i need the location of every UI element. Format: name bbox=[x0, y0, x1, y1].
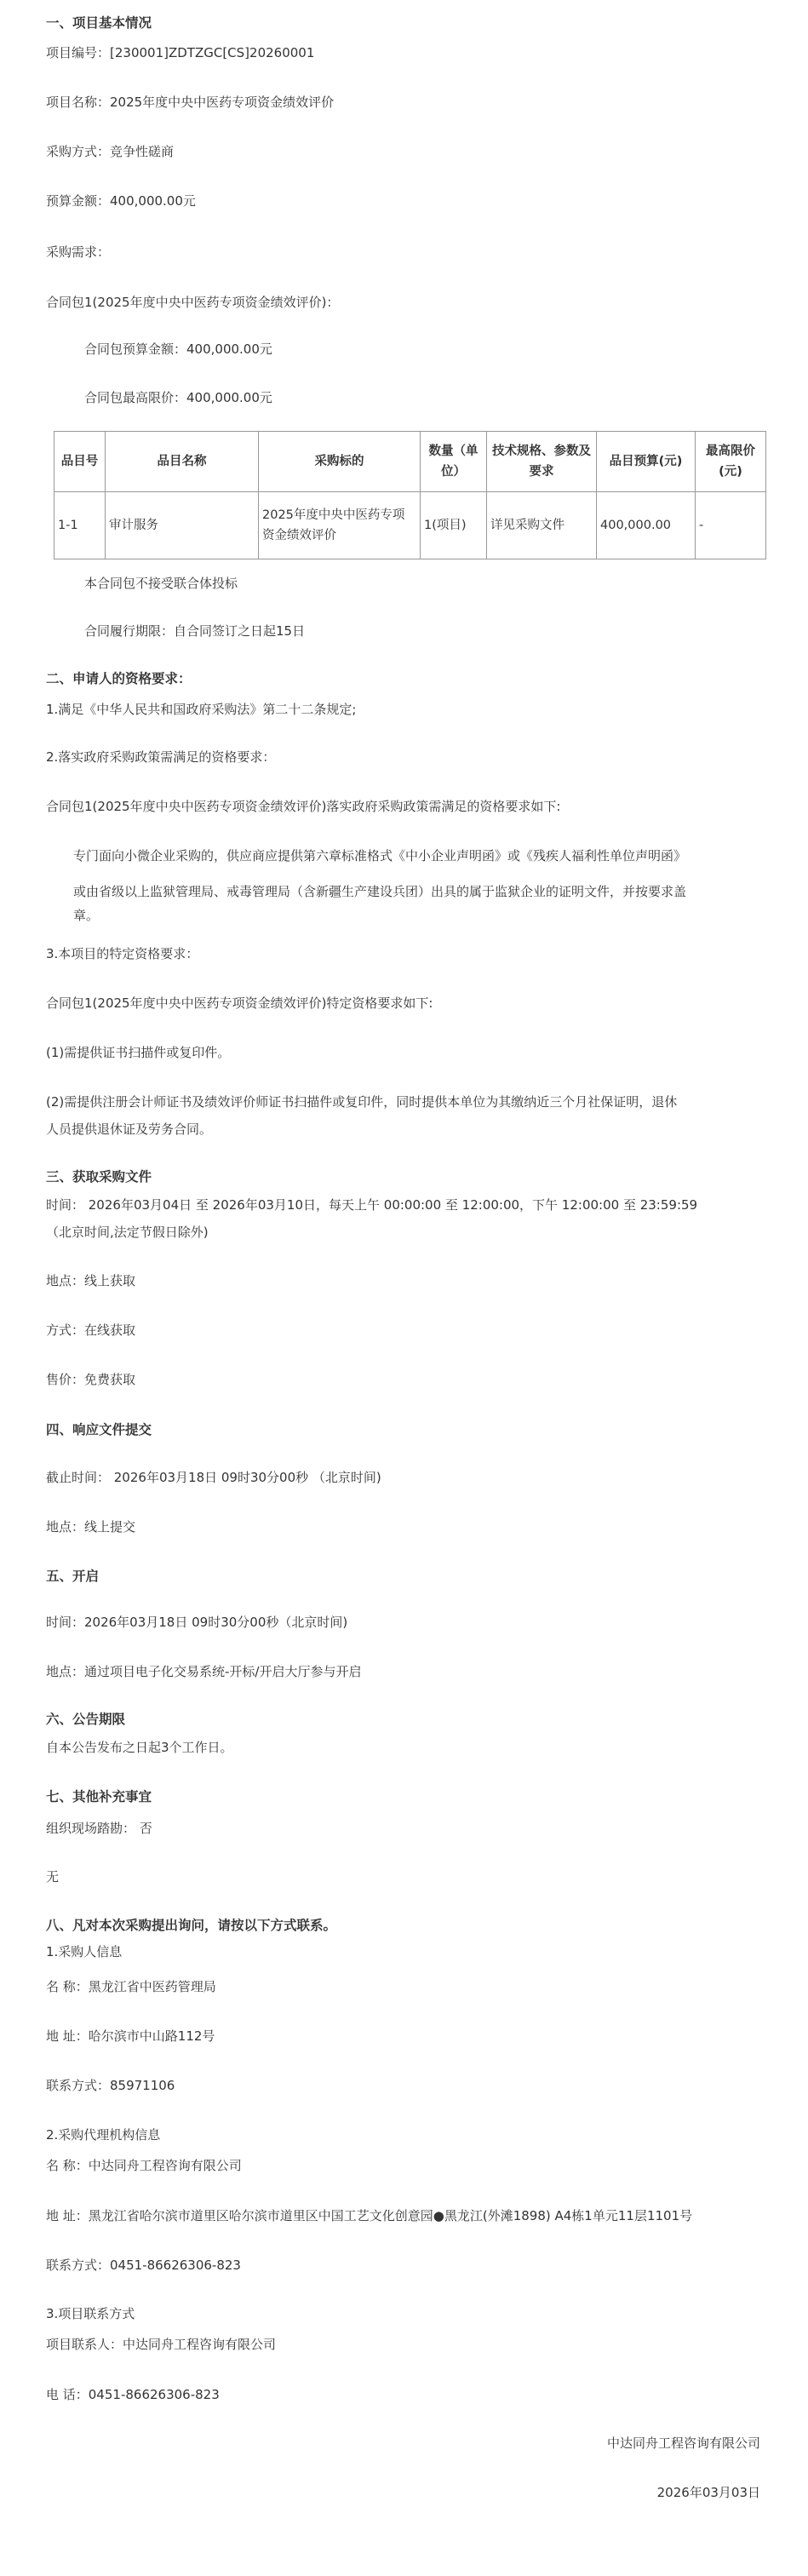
site-visit: 组织现场踏勘： 否 bbox=[46, 1819, 152, 1838]
section-heading: 六、公告期限 bbox=[46, 1710, 125, 1729]
obtain-time-line-1: 时间： 2026年03月04日 至 2026年03月10日，每天上午 00:00… bbox=[46, 1196, 697, 1214]
qualification-item-2-package: 合同包1(2025年度中央中医药专项资金绩效评价)落实政府采购政策需满足的资格要… bbox=[46, 797, 560, 816]
notice-period-text: 自本公告发布之日起3个工作日。 bbox=[46, 1738, 233, 1757]
submission-place: 地点：线上提交 bbox=[46, 1517, 135, 1536]
procurement-demand: 采购需求： bbox=[46, 243, 110, 261]
obtain-time-line-2: （北京时间,法定节假日除外) bbox=[46, 1223, 209, 1242]
signature-date: 2026年03月03日 bbox=[657, 2483, 760, 2502]
section-heading: 二、申请人的资格要求： bbox=[46, 669, 192, 688]
agent-name: 名 称：中达同舟工程咨询有限公司 bbox=[46, 2156, 242, 2175]
col-header: 技术规格、参数及要求 bbox=[487, 432, 597, 492]
project-contact-person: 项目联系人：中达同舟工程咨询有限公司 bbox=[46, 2335, 276, 2354]
col-header: 数量（单位） bbox=[421, 432, 487, 492]
contract-term: 合同履行期限：自合同签订之日起15日 bbox=[84, 622, 305, 640]
agent-contact: 联系方式：0451-86626306-823 bbox=[46, 2256, 241, 2275]
contract-package: 合同包1(2025年度中央中医药专项资金绩效评价)： bbox=[46, 293, 339, 312]
qualification-item-1: 1.满足《中华人民共和国政府采购法》第二十二条规定; bbox=[46, 700, 356, 719]
col-header: 品目号 bbox=[54, 432, 106, 492]
specific-requirement-1: (1)需提供证书扫描件或复印件。 bbox=[46, 1043, 230, 1062]
section-heading: 五、开启 bbox=[46, 1567, 99, 1586]
buyer-contact: 联系方式：85971106 bbox=[46, 2076, 175, 2095]
policy-text-line-1: 专门面向小微企业采购的，供应商应提供第六章标准格式《中小企业声明函》或《残疾人福… bbox=[73, 846, 686, 865]
project-name: 项目名称：2025年度中央中医药专项资金绩效评价 bbox=[46, 93, 334, 112]
procurement-method: 采购方式：竞争性磋商 bbox=[46, 142, 174, 161]
policy-text-line-3: 章。 bbox=[73, 906, 99, 925]
table-cell: 400,000.00 bbox=[597, 492, 696, 559]
project-contact-phone: 电 话：0451-86626306-823 bbox=[46, 2385, 220, 2404]
specific-requirement-2-line-2: 人员提供退休证及劳务合同。 bbox=[46, 1120, 212, 1139]
opening-place: 地点：通过项目电子化交易系统-开标/开启大厅参与开启 bbox=[46, 1662, 361, 1681]
section-heading: 三、获取采购文件 bbox=[46, 1168, 152, 1186]
obtain-place: 地点：线上获取 bbox=[46, 1271, 135, 1290]
table-cell: 1(项目) bbox=[421, 492, 487, 559]
table-cell: 审计服务 bbox=[106, 492, 259, 559]
agent-info-title: 2.采购代理机构信息 bbox=[46, 2126, 160, 2144]
section-heading: 七、其他补充事宜 bbox=[46, 1787, 152, 1806]
qualification-item-3: 3.本项目的特定资格要求： bbox=[46, 944, 198, 963]
obtain-price: 售价：免费获取 bbox=[46, 1370, 135, 1389]
buyer-address: 地 址：哈尔滨市中山路112号 bbox=[46, 2027, 215, 2045]
section-heading: 八、凡对本次采购提出询问，请按以下方式联系。 bbox=[46, 1916, 336, 1935]
qualification-item-2: 2.落实政府采购政策需满足的资格要求： bbox=[46, 748, 275, 766]
col-header: 最高限价(元) bbox=[696, 432, 766, 492]
table-cell: - bbox=[696, 492, 766, 559]
qualification-item-3-package: 合同包1(2025年度中央中医药专项资金绩效评价)特定资格要求如下: bbox=[46, 994, 433, 1013]
package-max-price: 合同包最高限价：400,000.00元 bbox=[84, 388, 272, 407]
table-cell: 2025年度中央中医药专项资金绩效评价 bbox=[259, 492, 421, 559]
table-row: 1-1 审计服务 2025年度中央中医药专项资金绩效评价 1(项目) 详见采购文… bbox=[54, 492, 766, 559]
signature-company: 中达同舟工程咨询有限公司 bbox=[607, 2434, 760, 2453]
table-cell: 详见采购文件 bbox=[487, 492, 597, 559]
col-header: 品目预算(元) bbox=[597, 432, 696, 492]
no-consortium-note: 本合同包不接受联合体投标 bbox=[84, 574, 238, 593]
table-header-row: 品目号 品目名称 采购标的 数量（单位） 技术规格、参数及要求 品目预算(元) … bbox=[54, 432, 766, 492]
policy-text-line-2: 或由省级以上监狱管理局、戒毒管理局（含新疆生产建设兵团）出具的属于监狱企业的证明… bbox=[73, 882, 686, 901]
buyer-name: 名 称：黑龙江省中医药管理局 bbox=[46, 1977, 216, 1996]
section-heading: 四、响应文件提交 bbox=[46, 1420, 152, 1439]
submission-deadline: 截止时间： 2026年03月18日 09时30分00秒 （北京时间) bbox=[46, 1468, 381, 1487]
col-header: 采购标的 bbox=[259, 432, 421, 492]
section-heading: 一、项目基本情况 bbox=[46, 14, 152, 32]
specific-requirement-2-line-1: (2)需提供注册会计师证书及绩效评价师证书扫描件或复印件，同时提供本单位为其缴纳… bbox=[46, 1093, 677, 1111]
package-budget: 合同包预算金额：400,000.00元 bbox=[84, 340, 272, 359]
agent-address: 地 址：黑龙江省哈尔滨市道里区哈尔滨市道里区中国工艺文化创意园●黑龙江(外滩18… bbox=[46, 2206, 692, 2225]
opening-time: 时间：2026年03月18日 09时30分00秒（北京时间) bbox=[46, 1613, 347, 1632]
col-header: 品目名称 bbox=[106, 432, 259, 492]
project-contact-title: 3.项目联系方式 bbox=[46, 2304, 135, 2323]
supplementary-none: 无 bbox=[46, 1867, 59, 1886]
items-table: 品目号 品目名称 采购标的 数量（单位） 技术规格、参数及要求 品目预算(元) … bbox=[54, 431, 766, 559]
budget-amount: 预算金额：400,000.00元 bbox=[46, 192, 196, 210]
buyer-info-title: 1.采购人信息 bbox=[46, 1942, 122, 1961]
table-cell: 1-1 bbox=[54, 492, 106, 559]
project-number: 项目编号：[230001]ZDTZGC[CS]20260001 bbox=[46, 43, 314, 62]
obtain-method: 方式：在线获取 bbox=[46, 1321, 135, 1340]
